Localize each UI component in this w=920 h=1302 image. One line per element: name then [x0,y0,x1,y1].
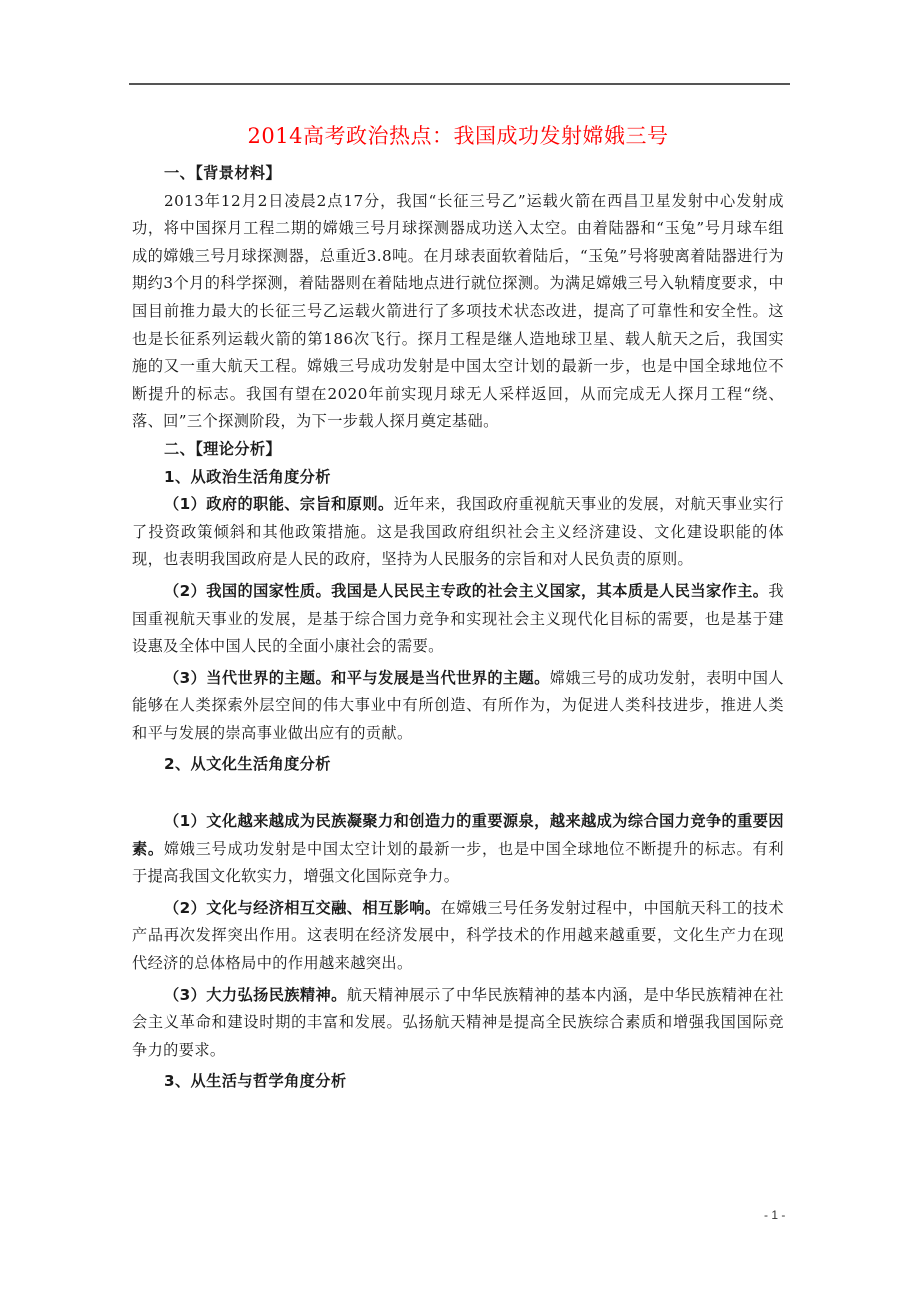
political-item-3: （3）当代世界的主题。和平与发展是当代世界的主题。嫦娥三号的成功发射，表明中国人… [132,665,784,748]
section-heading-background: 一、【背景材料】 [132,160,784,188]
cultural-item-1: （1）文化越来越成为民族凝聚力和创造力的重要源泉，越来越成为综合国力竞争的重要因… [132,808,784,891]
section-heading-analysis: 二、【理论分析】 [132,436,784,464]
document-title: 2014高考政治热点：我国成功发射嫦娥三号 [132,118,784,154]
political-item-1-lead: （1）政府的职能、宗旨和原则。 [164,495,394,513]
background-paragraph: 2013年12月2日凌晨2点17分，我国“长征三号乙”运载火箭在西昌卫星发射中心… [132,188,784,436]
cultural-item-3: （3）大力弘扬民族精神。航天精神展示了中华民族精神的基本内涵，是中华民族精神在社… [132,982,784,1065]
cultural-item-3-lead: （3）大力弘扬民族精神。 [164,986,347,1004]
subheading-cultural: 2、从文化生活角度分析 [132,751,784,779]
cultural-item-1-text: 嫦娥三号成功发射是中国太空计划的最新一步，也是中国全球地位不断提升的标志。有利于… [132,840,784,886]
page-number: - 1 - [764,1208,785,1222]
subheading-political: 1、从政治生活角度分析 [132,464,784,492]
document-page: 2014高考政治热点：我国成功发射嫦娥三号 一、【背景材料】 2013年12月2… [132,118,784,1096]
political-item-2: （2）我国的国家性质。我国是人民民主专政的社会主义国家，其本质是人民当家作主。我… [132,578,784,661]
political-item-1: （1）政府的职能、宗旨和原则。近年来，我国政府重视航天事业的发展，对航天事业实行… [132,491,784,574]
political-item-2-lead: （2）我国的国家性质。我国是人民民主专政的社会主义国家，其本质是人民当家作主。 [164,582,768,600]
cultural-item-2-lead: （2）文化与经济相互交融、相互影响。 [164,899,440,917]
cultural-item-2: （2）文化与经济相互交融、相互影响。在嫦娥三号任务发射过程中，中国航天科工的技术… [132,895,784,978]
subheading-philosophy: 3、从生活与哲学角度分析 [132,1068,784,1096]
header-rule [129,83,790,85]
political-item-3-lead: （3）当代世界的主题。和平与发展是当代世界的主题。 [164,669,550,687]
